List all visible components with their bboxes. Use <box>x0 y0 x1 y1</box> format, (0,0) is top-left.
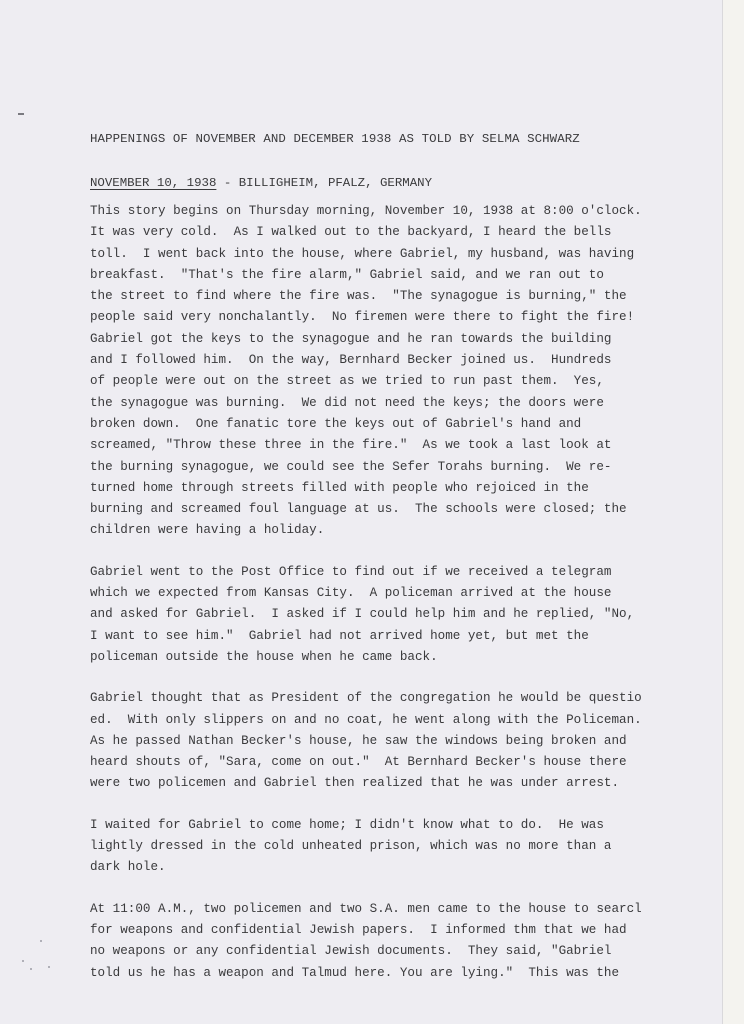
paragraph-4: I waited for Gabriel to come home; I did… <box>90 815 730 879</box>
text-line: no weapons or any confidential Jewish do… <box>90 941 730 962</box>
margin-mark <box>18 113 24 115</box>
text-line: As he passed Nathan Becker's house, he s… <box>90 731 730 752</box>
text-line: people said very nonchalantly. No fireme… <box>90 307 730 328</box>
text-line: dark hole. <box>90 857 730 878</box>
text-line: children were having a holiday. <box>90 520 730 541</box>
scanned-page: HAPPENINGS OF NOVEMBER AND DECEMBER 1938… <box>0 0 722 1024</box>
page-edge <box>722 0 744 1024</box>
paragraph-5: At 11:00 A.M., two policemen and two S.A… <box>90 899 730 984</box>
document-body: This story begins on Thursday morning, N… <box>90 201 730 1004</box>
text-line: It was very cold. As I walked out to the… <box>90 222 730 243</box>
scan-speck <box>30 968 32 970</box>
paragraph-3: Gabriel thought that as President of the… <box>90 688 730 794</box>
section-location: - BILLIGHEIM, PFALZ, GERMANY <box>216 176 432 190</box>
text-line: toll. I went back into the house, where … <box>90 244 730 265</box>
text-line: for weapons and confidential Jewish pape… <box>90 920 730 941</box>
text-line: Gabriel went to the Post Office to find … <box>90 562 730 583</box>
text-line: At 11:00 A.M., two policemen and two S.A… <box>90 899 730 920</box>
text-line: screamed, "Throw these three in the fire… <box>90 435 730 456</box>
text-line: broken down. One fanatic tore the keys o… <box>90 414 730 435</box>
text-line: Gabriel got the keys to the synagogue an… <box>90 329 730 350</box>
text-line: were two policemen and Gabriel then real… <box>90 773 730 794</box>
text-line: lightly dressed in the cold unheated pri… <box>90 836 730 857</box>
scan-speck <box>40 940 42 942</box>
document-title: HAPPENINGS OF NOVEMBER AND DECEMBER 1938… <box>90 132 580 146</box>
text-line: Gabriel thought that as President of the… <box>90 688 730 709</box>
text-line: the burning synagogue, we could see the … <box>90 457 730 478</box>
text-line: ed. With only slippers on and no coat, h… <box>90 710 730 731</box>
paragraph-1: This story begins on Thursday morning, N… <box>90 201 730 542</box>
text-line: heard shouts of, "Sara, come on out." At… <box>90 752 730 773</box>
text-line: and asked for Gabriel. I asked if I coul… <box>90 604 730 625</box>
paragraph-2: Gabriel went to the Post Office to find … <box>90 562 730 668</box>
text-line: I want to see him." Gabriel had not arri… <box>90 626 730 647</box>
text-line: the synagogue was burning. We did not ne… <box>90 393 730 414</box>
scan-speck <box>22 960 24 962</box>
text-line: turned home through streets filled with … <box>90 478 730 499</box>
text-line: breakfast. "That's the fire alarm," Gabr… <box>90 265 730 286</box>
text-line: I waited for Gabriel to come home; I did… <box>90 815 730 836</box>
section-date: NOVEMBER 10, 1938 <box>90 176 216 190</box>
text-line: burning and screamed foul language at us… <box>90 499 730 520</box>
text-line: which we expected from Kansas City. A po… <box>90 583 730 604</box>
text-line: and I followed him. On the way, Bernhard… <box>90 350 730 371</box>
scan-speck <box>48 966 50 968</box>
text-line: the street to find where the fire was. "… <box>90 286 730 307</box>
text-line: of people were out on the street as we t… <box>90 371 730 392</box>
text-line: This story begins on Thursday morning, N… <box>90 201 730 222</box>
text-line: policeman outside the house when he came… <box>90 647 730 668</box>
section-heading: NOVEMBER 10, 1938 - BILLIGHEIM, PFALZ, G… <box>90 176 432 190</box>
text-line: told us he has a weapon and Talmud here.… <box>90 963 730 984</box>
